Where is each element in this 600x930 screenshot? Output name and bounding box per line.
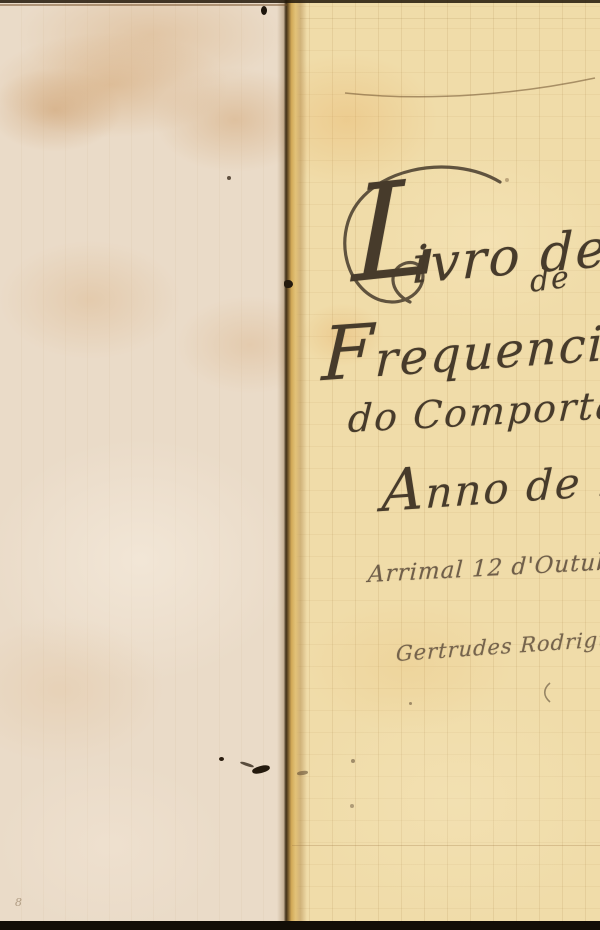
ink-speck xyxy=(409,702,412,705)
grid-rule-line xyxy=(292,845,600,846)
ink-speck xyxy=(227,176,231,180)
left-page-top-edge-line xyxy=(0,4,287,6)
manuscript-scan: L ivro de P de Frequencia do Comportamen… xyxy=(0,0,600,930)
ink-speck xyxy=(350,804,354,808)
faint-rule-line xyxy=(300,18,600,19)
photo-bottom-edge xyxy=(0,921,600,930)
pen-hook-mark xyxy=(540,682,554,704)
left-blank-page xyxy=(0,0,287,930)
inserted-word: de xyxy=(529,262,571,298)
ink-speck xyxy=(505,178,509,182)
ink-blot-binding xyxy=(284,280,293,288)
faint-curved-line xyxy=(340,68,600,108)
ink-speck xyxy=(219,757,224,761)
title-line-2-capital: F xyxy=(321,314,377,392)
photo-top-edge xyxy=(0,0,600,3)
corner-pencil-mark: 8 xyxy=(15,896,22,909)
ink-speck xyxy=(351,759,355,763)
book-binding-fold xyxy=(277,0,307,930)
year-line-capital: A xyxy=(381,459,427,520)
ink-speck xyxy=(261,6,267,15)
